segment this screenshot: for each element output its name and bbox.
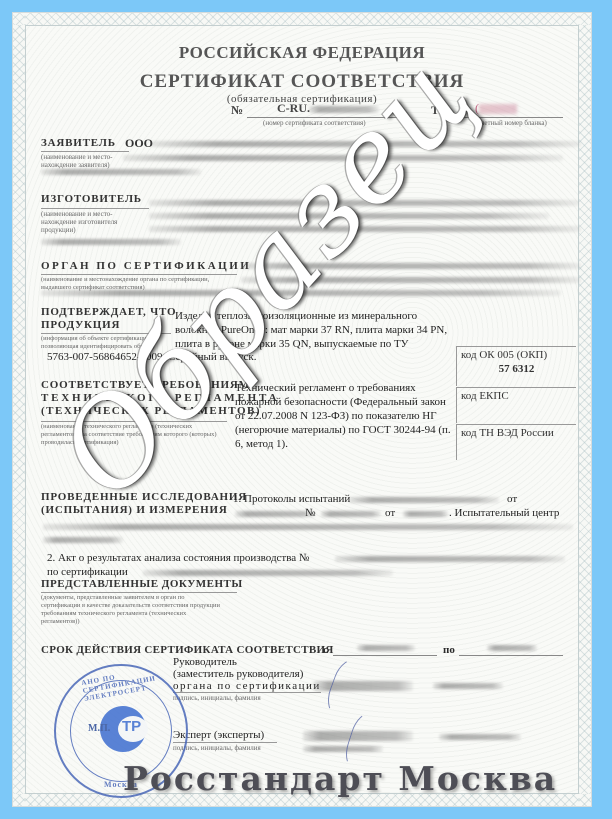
research-item-1: 1. Протоколы испытаний [233, 492, 350, 506]
head-caption: подпись, инициалы, фамилия [173, 694, 261, 702]
validity-to-label: по [443, 644, 455, 656]
research-test-center: . Испытательный центр [449, 506, 559, 520]
head-rule [173, 692, 321, 693]
documents-label: ПРЕДСТАВЛЕННЫЕ ДОКУМЕНТЫ [41, 578, 243, 590]
documents-caption: (документы, представленные заявителем в … [41, 594, 221, 626]
redacted-research [43, 524, 573, 530]
validity-label: СРОК ДЕЙСТВИЯ СЕРТИФИКАТА СООТВЕТСТВИЯ [41, 644, 334, 656]
applicant-caption: (наименование и место-нахождение заявите… [41, 153, 131, 169]
certificate-document: РОССИЙСКАЯ ФЕДЕРАЦИЯ СЕРТИФИКАТ СООТВЕТС… [12, 12, 592, 807]
ekps-code-box: код ЕКПС [456, 387, 576, 423]
research-number-symbol: № [305, 506, 316, 520]
redacted-research [235, 511, 315, 517]
regulation-text: Технический регламент о требованиях пожа… [235, 381, 455, 451]
redacted-date [357, 645, 415, 651]
applicant-rule [41, 151, 129, 152]
validity-from-label: с [323, 644, 328, 656]
number-symbol: № [231, 103, 243, 118]
footer-banner: Росстандарт Москва [123, 759, 557, 798]
stamp-center-text: М.П. [88, 723, 110, 734]
redacted-research [403, 511, 448, 517]
validity-from-field [333, 642, 437, 656]
head-line: органа по сертификации [173, 680, 321, 692]
regulation-line: пожарной безопасности (Федеральный закон [235, 395, 455, 409]
redacted-research [335, 556, 565, 562]
certificate-number: C-RU. [277, 101, 310, 116]
country-heading: РОССИЙСКАЯ ФЕДЕРАЦИЯ [13, 43, 591, 63]
stamp-logo-text: ТР [122, 718, 141, 735]
redacted-research [349, 497, 499, 503]
research-from: от [385, 506, 395, 520]
ekps-code-label: код ЕКПС [461, 390, 572, 402]
head-signature-label: Руководитель (заместитель руководителя) … [173, 656, 321, 692]
documents-rule [41, 592, 237, 593]
redacted-expert-name [439, 734, 521, 740]
head-line: (заместитель руководителя) [173, 668, 321, 680]
manufacturer-rule [41, 208, 149, 209]
redacted-date [487, 645, 537, 651]
redacted-research [43, 537, 123, 543]
regulation-line: 6, метод 1). [235, 437, 455, 451]
research-item-2-line2: по сертификации [47, 565, 128, 579]
manufacturer-label: ИЗГОТОВИТЕЛЬ [41, 193, 142, 205]
okp-code-box: код ОК 005 (ОКП) 57 6312 [456, 346, 576, 386]
redacted-head-name [433, 683, 503, 689]
redacted-manufacturer-line [41, 239, 181, 245]
applicant-prefix: ООО [125, 136, 153, 151]
okp-code-value: 57 6312 [461, 363, 572, 375]
research-from: от [507, 492, 517, 506]
regulation-line: Технический регламент о требованиях [235, 381, 455, 395]
research-item-2: 2. Акт о результатах анализа состояния п… [47, 551, 309, 565]
manufacturer-caption: (наименование и место-нахождение изготов… [41, 210, 136, 234]
okp-code-label: код ОК 005 (ОКП) [461, 349, 572, 361]
redacted-research [321, 511, 381, 517]
head-line: Руководитель [173, 656, 321, 668]
expert-rule [173, 742, 277, 743]
tnved-code-box: код ТН ВЭД России [456, 424, 576, 460]
tnved-code-label: код ТН ВЭД России [461, 427, 572, 439]
certificate-title: СЕРТИФИКАТ СООТВЕТСТВИЯ [13, 71, 591, 93]
regulation-line: от 22.07.2008 N 123-ФЗ) по показателю НГ [235, 409, 455, 423]
validity-to-field [459, 642, 563, 656]
redacted-research [143, 570, 393, 576]
regulation-line: (негорючие материалы) по ГОСТ 30244-94 (… [235, 423, 455, 437]
redacted-applicant-line [41, 169, 201, 175]
applicant-label: ЗАЯВИТЕЛЬ [41, 137, 116, 149]
